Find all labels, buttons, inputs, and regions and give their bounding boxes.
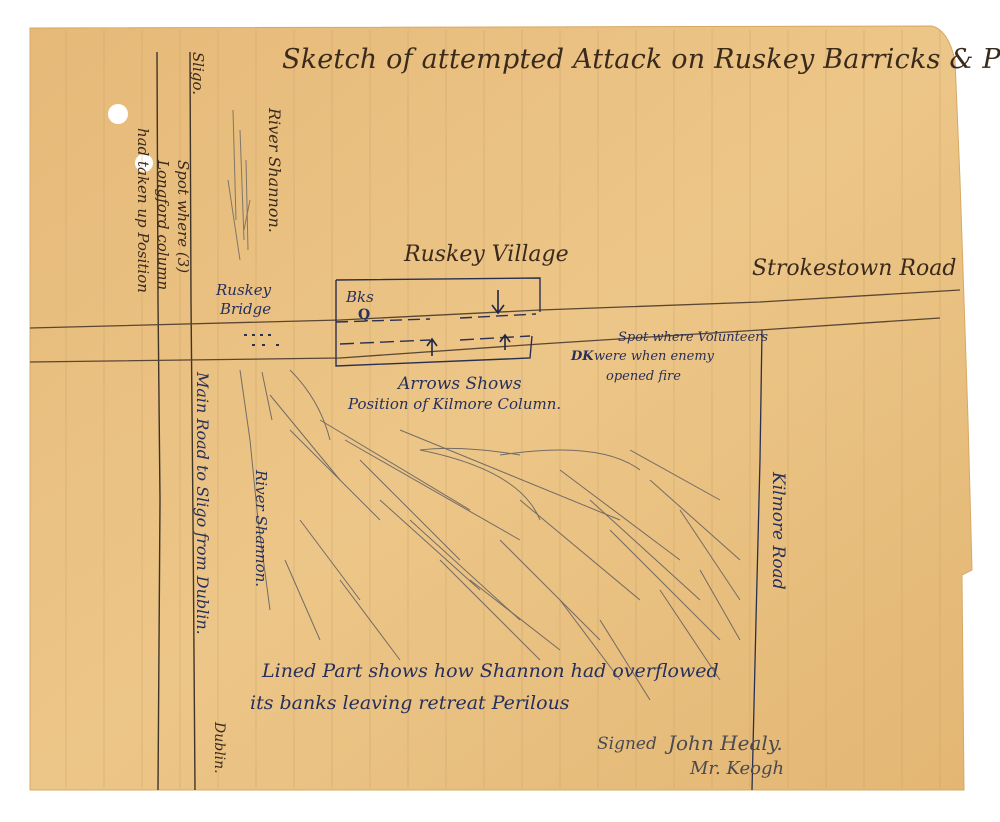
lined-part-note-line2: its banks leaving retreat Perilous: [250, 694, 570, 713]
volunteers-note-line2: were when enemy: [594, 350, 714, 363]
signature-john-healy: John Healy.: [668, 733, 783, 753]
arrows-note-line1: Arrows Shows: [398, 376, 522, 393]
ruskey-bridge-label-line2: Bridge: [220, 302, 271, 317]
barracks-symbol: Q: [358, 308, 370, 322]
scanned-document: Sketch of attempted Attack on Ruskey Bar…: [0, 0, 1000, 822]
arrows-note-line2: Position of Kilmore Column.: [348, 397, 561, 412]
ruskey-village-label: Ruskey Village: [404, 244, 569, 266]
kilmore-road-label: Kilmore Road: [769, 472, 786, 590]
dublin-label-bottom: Dublin.: [212, 722, 226, 774]
strokestown-road-label: Strokestown Road: [752, 258, 956, 280]
margin-note-line1: Spot where (3): [175, 160, 190, 273]
main-road-label: Main Road to Sligo from Dublin.: [194, 372, 210, 635]
lined-part-note-line1: Lined Part shows how Shannon had overflo…: [262, 662, 719, 681]
signed-label: Signed: [597, 736, 657, 753]
river-shannon-label-bottom: River Shannon.: [253, 470, 268, 587]
volunteers-marker: DK: [571, 350, 594, 363]
punch-hole: [108, 104, 128, 124]
sligo-label-top: Sligo.: [190, 52, 205, 95]
margin-note-line3: had taken up Position: [135, 128, 150, 293]
river-shannon-label-top: River Shannon.: [266, 108, 282, 233]
volunteers-note-line1: Spot where Volunteers: [618, 331, 768, 344]
barracks-label: Bks: [346, 290, 374, 305]
signature-keogh: Mr. Keogh: [690, 760, 784, 778]
ruskey-bridge-label-line1: Ruskey: [216, 283, 271, 298]
margin-note-line2: Longford column: [155, 160, 170, 290]
document-title: Sketch of attempted Attack on Ruskey Bar…: [282, 46, 1000, 73]
volunteers-note-line3: opened fire: [606, 370, 681, 383]
